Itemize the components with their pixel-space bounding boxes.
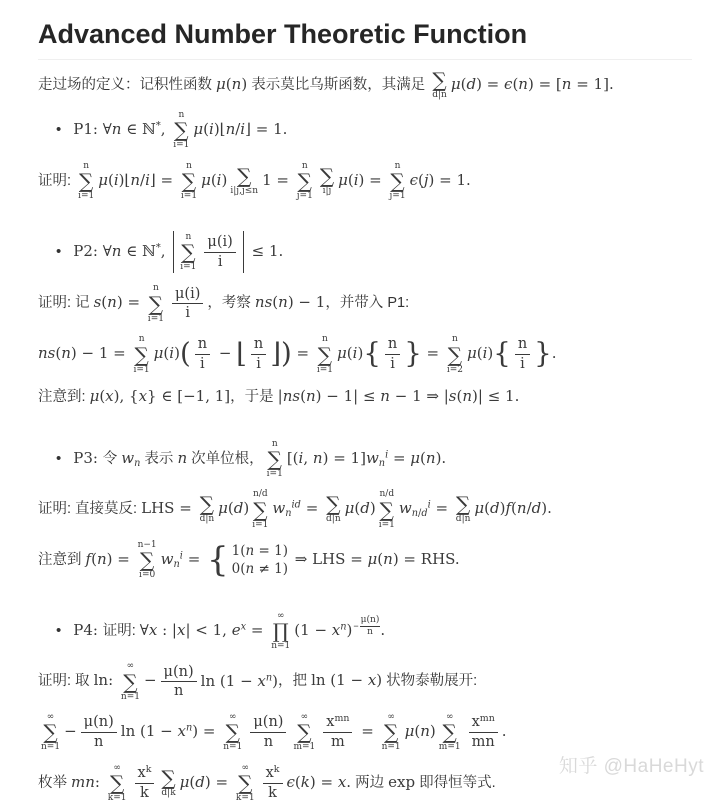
math-roman-label: P4: <box>73 621 102 639</box>
math-run: μ(i)⌊n/i⌋ = 1. <box>193 120 287 138</box>
fraction: xmnmn <box>469 714 498 751</box>
text-run: 证明: <box>103 623 140 639</box>
sigma-icon: ∑ <box>149 294 163 314</box>
sigma-icon: ∑ <box>226 722 240 742</box>
sigma-icon: ∑ <box>238 773 252 793</box>
fraction: μ(n)n <box>360 616 381 638</box>
text-run: 表示莫比乌斯函数，其满足 <box>247 77 429 93</box>
math-run: ⇒ LHS = μ(n) = RHS. <box>290 550 460 568</box>
math-run: ϵ(k) = x. <box>287 773 352 791</box>
fraction: xkk <box>135 765 155 800</box>
sigma-icon: ∑ <box>298 171 312 191</box>
absolute-value-bar <box>243 231 244 273</box>
text-run: 枚举 <box>38 775 71 791</box>
math-roman-label: P2: <box>73 242 102 260</box>
math-run: [(i, n) = 1]wni = μ(n). <box>287 449 446 467</box>
sum-operator: ∑i|j <box>320 166 334 196</box>
sigma-icon: ∑ <box>161 768 175 788</box>
sum-operator: n∑j=1 <box>297 161 313 202</box>
math-run: 1 = <box>262 171 294 189</box>
sigma-icon: ∑ <box>174 120 188 140</box>
sum-operator: ∞∑k=1 <box>236 763 255 800</box>
sum-operator: n∑i=1 <box>181 161 197 202</box>
bullet-icon: • <box>56 622 61 639</box>
math-run: . <box>552 344 557 362</box>
sum-operator: ∑i|j,j≤n <box>230 166 258 196</box>
math-run: μ(d) <box>345 499 376 517</box>
article-body: 走过场的定义：记积性函数 μ(n) 表示莫比乌斯函数，其满足 ∑d|nμ(d) … <box>38 70 692 800</box>
zhihu-watermark: 知乎 @HaHeHyt <box>559 751 704 778</box>
article-page: Advanced Number Theoretic Function 走过场的定… <box>0 0 716 800</box>
text-run: ，并带入 P1: <box>325 296 409 312</box>
big-delimiter: { <box>363 338 381 370</box>
math-run: wnid = <box>272 499 323 517</box>
text-run: 即得恒等式. <box>415 775 496 791</box>
math-run: = <box>356 722 378 740</box>
fraction: ni <box>515 336 530 372</box>
math-run: − <box>214 344 236 362</box>
math-run: μ(d) = ϵ(n) = [n = 1]. <box>451 75 614 93</box>
math-run: μ(d)f(n/d). <box>474 499 551 517</box>
text-run: 次单位根， <box>187 451 264 467</box>
sigma-icon: ∑ <box>268 449 282 469</box>
sum-operator: ∞∑m=1 <box>293 712 315 753</box>
p4-proof-intro: 证明: 取 ln: ∞∑n=1−μ(n)nln (1 − xn)，把 ln (1… <box>38 661 692 702</box>
absolute-value-bar <box>173 231 174 273</box>
math-run: = <box>292 344 314 362</box>
fraction: ni <box>195 336 210 372</box>
p3-note: 注意到 f(n) = n−1∑i=0wni = {1(n = 1)0(n ≠ 1… <box>38 540 692 581</box>
bullet-icon: • <box>56 450 61 467</box>
sum-operator: n∑i=1 <box>134 334 150 375</box>
math-roman-label: P1: <box>73 120 102 138</box>
math-run: ns(n) − 1 = <box>38 344 131 362</box>
big-delimiter: ( <box>180 338 191 370</box>
math-run: LHS = <box>141 499 196 517</box>
sigma-icon: ∑ <box>253 500 267 520</box>
math-run: μ(i) <box>154 344 180 362</box>
sigma-icon: ∑ <box>134 345 148 365</box>
p2-statement: •P2: ∀n ∈ ℕ*, n∑i=1μ(i)i ≤ 1. <box>56 231 692 273</box>
math-run: = <box>422 344 444 362</box>
sum-operator: n∑i=1 <box>317 334 333 375</box>
cases-row: 0(n ≠ 1) <box>232 560 288 578</box>
fraction: μ(n)n <box>161 664 197 700</box>
sum-operator: ∑d|n <box>456 494 471 524</box>
text-run: 状物泰勒展开: <box>382 674 477 690</box>
p2-proof-intro: 证明: 记 s(n) = n∑i=1μ(i)i，考察 ns(n) − 1，并带入… <box>38 283 692 324</box>
math-run: μ(i) <box>337 344 363 362</box>
sum-operator: ∞∑n=1 <box>382 712 401 753</box>
fraction: μ(i)i <box>204 234 235 270</box>
sum-operator: ∞∑n=1 <box>41 712 60 753</box>
sigma-icon: ∑ <box>384 722 398 742</box>
definition-line: 走过场的定义：记积性函数 μ(n) 表示莫比乌斯函数，其满足 ∑d|nμ(d) … <box>38 70 692 100</box>
big-delimiter: } <box>534 338 552 370</box>
zhihu-site-name: 知乎 <box>559 756 598 777</box>
brace-icon: { <box>207 546 229 575</box>
text-run: 令 <box>103 451 122 467</box>
sum-operator: ∞∑m=1 <box>439 712 461 753</box>
sigma-icon: ∑ <box>110 773 124 793</box>
superscript-fraction: −μ(n)n <box>353 616 380 638</box>
math-run: . <box>502 722 507 740</box>
sigma-icon: ∑ <box>200 494 214 514</box>
sum-operator: n∑j=1 <box>390 161 406 202</box>
sum-operator: n/d∑i=1 <box>252 489 268 530</box>
math-run: ∀n ∈ ℕ*, <box>103 120 171 138</box>
sigma-icon: ∑ <box>456 494 470 514</box>
p3-proof: 证明: 直接莫反: LHS = ∑d|nμ(d)n/d∑i=1wnid = ∑d… <box>38 489 692 530</box>
sigma-icon: ∑ <box>443 722 457 742</box>
sigma-icon: ∑ <box>432 70 446 90</box>
fraction: ni <box>251 336 266 372</box>
fraction: xmnm <box>323 714 352 751</box>
sigma-icon: ∑ <box>320 166 334 186</box>
p2-note: 注意到: μ(x), {x} ∈ [−1, 1]，于是 |ns(n) − 1| … <box>38 385 692 409</box>
math-run: ln: <box>94 672 118 690</box>
article-title: Advanced Number Theoretic Function <box>38 16 692 60</box>
sigma-icon: ∑ <box>297 722 311 742</box>
p1-statement: •P1: ∀n ∈ ℕ*, n∑i=1μ(i)⌊n/i⌋ = 1. <box>56 110 692 151</box>
sigma-icon: ∑ <box>43 722 57 742</box>
bullet-icon: • <box>56 243 61 260</box>
sigma-icon: ∑ <box>182 171 196 191</box>
fraction: μ(n)n <box>250 714 286 750</box>
text-run: 注意到 <box>38 552 86 568</box>
math-run: ln (1 − xn) <box>201 672 278 690</box>
text-run: ，于是 <box>230 389 278 405</box>
math-run: n <box>177 449 187 467</box>
math-run: − <box>144 672 157 690</box>
math-roman-label: P3: <box>73 449 102 467</box>
text-run: 注意到: <box>38 389 90 405</box>
big-delimiter: ) <box>281 338 292 370</box>
text-run: 证明: 记 <box>38 296 94 312</box>
math-run: μ(i) <box>201 171 227 189</box>
text-run: 两边 <box>351 775 388 791</box>
math-run: wn <box>121 449 140 467</box>
big-delimiter: { <box>493 338 511 370</box>
math-run: ∀x : |x| < 1, ex = <box>140 621 268 639</box>
math-run: μ(i) <box>467 344 493 362</box>
sigma-icon: ∑ <box>448 345 462 365</box>
math-run: ln (1 − x) <box>311 672 382 690</box>
sigma-icon: ∑ <box>123 672 137 692</box>
sigma-icon: ∑ <box>390 171 404 191</box>
sum-operator: n∑i=2 <box>447 334 463 375</box>
math-run: (1 − xn) <box>294 621 352 639</box>
math-run: ≤ 1. <box>247 242 283 260</box>
sum-operator: n∑i=1 <box>180 232 196 273</box>
sum-operator: ∑d|n <box>432 70 447 100</box>
sum-operator: ∑d|n <box>200 494 215 524</box>
sum-operator: ∑d|k <box>161 768 175 798</box>
p4-statement: •P4: 证明: ∀x : |x| < 1, ex = ∞∏n=1(1 − xn… <box>56 611 692 652</box>
p1-proof: 证明: n∑i=1μ(i)⌊n/i⌋ = n∑i=1μ(i)∑i|j,j≤n1 … <box>38 161 692 202</box>
sigma-icon: ∑ <box>326 494 340 514</box>
p3-statement: •P3: 令 wn 表示 n 次单位根，n∑i=1[(i, n) = 1]wni… <box>56 439 692 480</box>
sum-operator: ∞∑n=1 <box>223 712 242 753</box>
text-run: 走过场的定义：记积性函数 <box>38 77 216 93</box>
math-run: μ(d) = <box>180 773 233 791</box>
sigma-icon: ∑ <box>237 166 251 186</box>
sigma-icon: ∑ <box>380 500 394 520</box>
cases-expression: {1(n = 1)0(n ≠ 1) <box>207 542 288 578</box>
text-run: 表示 <box>140 451 177 467</box>
math-run: mn: <box>71 773 105 791</box>
sum-operator: ∑d|n <box>326 494 341 524</box>
text-run: 证明: 直接莫反: <box>38 501 141 517</box>
big-delimiter: ⌊ <box>236 338 247 370</box>
math-run: |ns(n) − 1| ≤ n − 1 ⇒ |s(n)| ≤ 1. <box>278 387 520 405</box>
math-run: ln (1 − xn) = <box>121 722 220 740</box>
text-run: 证明: 取 <box>38 674 94 690</box>
math-run: μ(x), {x} ∈ [−1, 1] <box>90 387 231 405</box>
sum-operator: n∑i=1 <box>173 110 189 151</box>
math-run: ns(n) − 1 <box>255 294 325 312</box>
fraction: ni <box>385 336 400 372</box>
math-run: s(n) = <box>94 294 145 312</box>
sigma-icon: ∑ <box>181 242 195 262</box>
math-run: μ(i)⌊n/i⌋ = <box>98 171 178 189</box>
sigma-icon: ∑ <box>79 171 93 191</box>
fraction: μ(n)n <box>81 714 117 750</box>
big-delimiter: ⌋ <box>270 338 281 370</box>
p2-proof-formula: ns(n) − 1 = n∑i=1μ(i)(ni − ⌊ni⌋) = n∑i=1… <box>38 334 692 375</box>
math-run: μ(d) <box>218 499 249 517</box>
math-run: μ(i) = <box>338 171 386 189</box>
sum-operator: ∞∑n=1 <box>121 661 140 702</box>
sigma-icon: ∑ <box>140 550 154 570</box>
math-run: wn/di = <box>399 499 453 517</box>
sigma-icon: ∑ <box>318 345 332 365</box>
math-run: μ(n) <box>216 75 247 93</box>
sum-operator: n−1∑i=0 <box>138 540 157 581</box>
sum-operator: n/d∑i=1 <box>379 489 395 530</box>
bullet-icon: • <box>56 121 61 138</box>
fraction: μ(i)i <box>172 286 203 322</box>
sum-operator: n∑i=1 <box>267 439 283 480</box>
math-run: − <box>64 722 77 740</box>
math-run: wni = <box>161 550 205 568</box>
fraction: xkk <box>263 765 283 800</box>
sum-operator: n∑i=1 <box>78 161 94 202</box>
math-run: ϵ(j) = 1. <box>410 171 471 189</box>
text-run: 证明: <box>38 173 75 189</box>
math-run: f(n) = <box>86 550 135 568</box>
sum-operator: ∞∑k=1 <box>108 763 127 800</box>
text-run: ，把 <box>278 674 311 690</box>
pi-icon: ∏ <box>273 621 289 641</box>
math-run: ∀n ∈ ℕ*, <box>103 242 171 260</box>
product-operator: ∞∏n=1 <box>271 611 290 652</box>
math-run: . <box>380 621 385 639</box>
text-run: ，考察 <box>207 296 255 312</box>
cases-row: 1(n = 1) <box>232 542 288 560</box>
sum-operator: n∑i=1 <box>148 283 164 324</box>
watermark-username: @HaHeHyt <box>604 756 704 777</box>
math-run: μ(n) <box>405 722 436 740</box>
math-run: exp <box>388 773 415 791</box>
p4-proof-formula: ∞∑n=1−μ(n)nln (1 − xn) = ∞∑n=1μ(n)n∞∑m=1… <box>38 712 692 753</box>
big-delimiter: } <box>404 338 422 370</box>
